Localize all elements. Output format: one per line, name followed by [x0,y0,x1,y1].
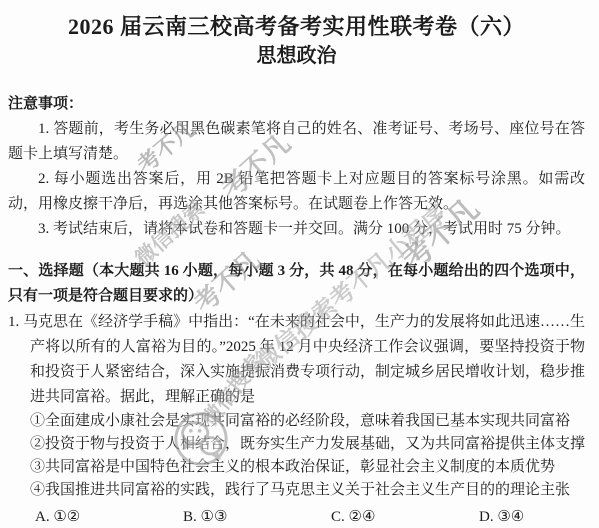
question-1-statement-3: ③共同富裕是中国特色社会主义的根本政治保证，彰显社会主义制度的本质优势 [8,456,585,479]
question-1-choices: A. ①② B. ①③ C. ②④ D. ③④ [8,505,585,528]
notice-item-1: 1. 答题前，考生务必用黑色碳素笔将自己的姓名、准考证号、考场号、座位号在答题卡… [8,117,585,167]
question-1-stem: 1. 马克思在《经济学手稿》中指出：“在未来的社会中，生产力的发展将如此迅速……… [8,310,585,410]
choice-b: B. ①③ [183,505,331,528]
choice-d: D. ③④ [479,505,524,528]
section-1-heading: 一、选择题（本大题共 16 小题，每小题 3 分，共 48 分，在每小题给出的四… [8,259,585,309]
notice-item-2: 2. 每小题选出答案后，用 2B 铅笔把答题卡上对应题目的答案标号涂黑。如需改动… [8,167,585,217]
section-1-label: 一、选择题 [8,263,84,279]
choice-c: C. ②④ [331,505,479,528]
question-1-statement-1: ①全面建成小康社会是实现共同富裕的必经阶段，意味着我国已基本实现共同富裕 [8,410,585,433]
section-1-desc: （本大题共 16 小题，每小题 3 分，共 48 分，在每小题给出的四个选项中，… [8,263,585,304]
question-1-statement-4: ④我国推进共同富裕的实践，践行了马克思主义关于社会主义生产目的的理论主张 [8,479,585,502]
notice-heading: 注意事项： [8,92,585,117]
paper-title: 2026 届云南三校高考备考实用性联考卷（六） [8,12,585,42]
paper-subject: 思想政治 [8,42,585,70]
choice-a: A. ①② [35,505,183,528]
exam-paper-page: 2026 届云南三校高考备考实用性联考卷（六） 思想政治 注意事项： 1. 答题… [0,0,599,528]
question-1-statement-2: ②投资于物与投资于人相结合，既夯实生产力发展基础，又为共同富裕提供主体支撑 [8,433,585,456]
notice-item-3: 3. 考试结束后，请将本试卷和答题卡一并交回。满分 100 分，考试用时 75 … [8,217,585,242]
